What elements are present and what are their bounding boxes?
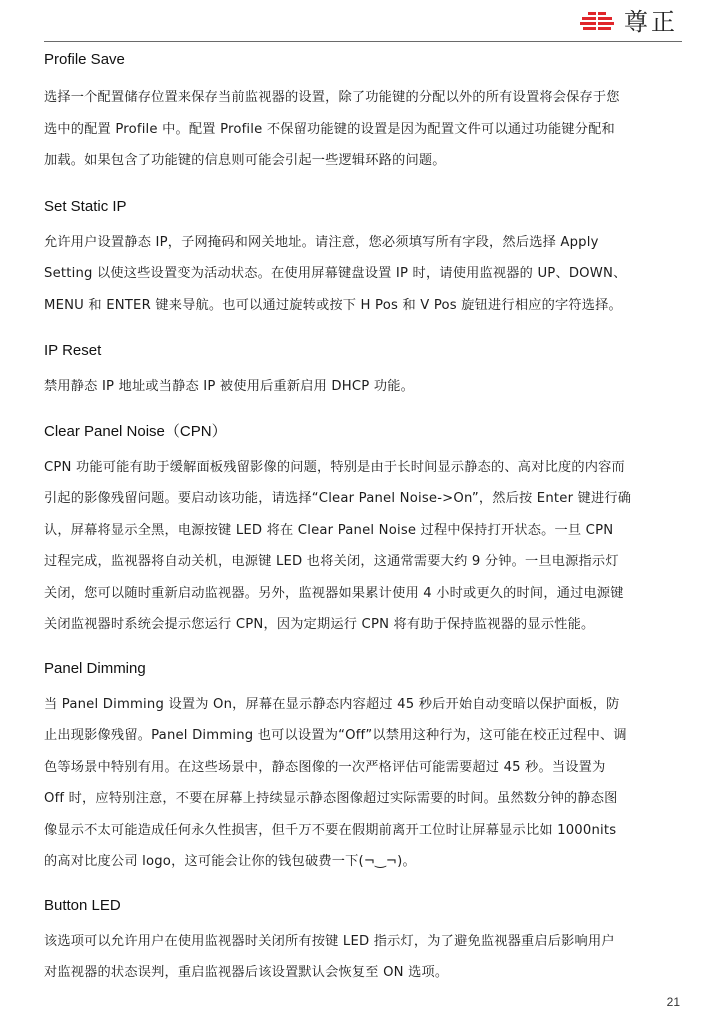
page-header: 尊正 [44,0,682,42]
section-title: Clear Panel Noise（CPN） [44,420,684,444]
paragraph-line: 引起的影像残留问题。要启动该功能，请选择“Clear Panel Noise->… [44,483,684,515]
paragraph-line: 像显示不太可能造成任何永久性损害，但千万不要在假期前离开工位时让屏幕显示比如 1… [44,815,684,847]
paragraph-line: 色等场景中特别有用。在这些场景中，静态图像的一次严格评估可能需要超过 45 秒。… [44,752,684,784]
paragraph-line: CPN 功能可能有助于缓解面板残留影像的问题，特别是由于长时间显示静态的、高对比… [44,452,684,484]
section-set-static-ip: Set Static IP 允许用户设置静态 IP，子网掩码和网关地址。请注意，… [44,195,684,322]
paragraph-line: 允许用户设置静态 IP，子网掩码和网关地址。请注意，您必须填写所有字段，然后选择… [44,227,684,259]
paragraph-line: 过程完成，监视器将自动关机，电源键 LED 也将关闭，这通常需要大约 9 分钟。… [44,546,684,578]
paragraph-line: 认，屏幕将显示全黑，电源按键 LED 将在 Clear Panel Noise … [44,515,684,547]
paragraph-line: 当 Panel Dimming 设置为 On，屏幕在显示静态内容超过 45 秒后… [44,689,684,721]
paragraph-line: 加载。如果包含了功能键的信息则可能会引起一些逻辑环路的问题。 [44,145,684,177]
paragraph-line: 选择一个配置储存位置来保存当前监视器的设置，除了功能键的分配以外的所有设置将会保… [44,82,684,114]
paragraph-line: 该选项可以允许用户在使用监视器时关闭所有按键 LED 指示灯，为了避免监视器重启… [44,926,684,958]
section-paragraph: CPN 功能可能有助于缓解面板残留影像的问题，特别是由于长时间显示静态的、高对比… [44,452,684,641]
paragraph-line: 禁用静态 IP 地址或当静态 IP 被使用后重新启用 DHCP 功能。 [44,371,684,403]
section-title: Button LED [44,894,684,918]
section-title: Set Static IP [44,195,684,219]
brand-logo-icon [580,11,614,33]
section-paragraph: 禁用静态 IP 地址或当静态 IP 被使用后重新启用 DHCP 功能。 [44,371,684,403]
document-body: Profile Save 选择一个配置储存位置来保存当前监视器的设置，除了功能键… [44,48,684,989]
paragraph-line: MENU 和 ENTER 键来导航。也可以通过旋转或按下 H Pos 和 V P… [44,290,684,322]
paragraph-line: Off 时，应特别注意，不要在屏幕上持续显示静态图像超过实际需要的时间。虽然数分… [44,783,684,815]
section-panel-dimming: Panel Dimming 当 Panel Dimming 设置为 On，屏幕在… [44,657,684,878]
section-title: Panel Dimming [44,657,684,681]
page-number: 21 [667,995,680,1009]
section-clear-panel-noise: Clear Panel Noise（CPN） CPN 功能可能有助于缓解面板残留… [44,420,684,641]
paragraph-line: 关闭，您可以随时重新启动监视器。另外，监视器如果累计使用 4 小时或更久的时间，… [44,578,684,610]
brand-logo: 尊正 [580,8,678,36]
section-paragraph: 该选项可以允许用户在使用监视器时关闭所有按键 LED 指示灯，为了避免监视器重启… [44,926,684,989]
paragraph-line: 的高对比度公司 logo，这可能会让你的钱包破费一下(¬‿¬)。 [44,846,684,878]
section-paragraph: 当 Panel Dimming 设置为 On，屏幕在显示静态内容超过 45 秒后… [44,689,684,878]
section-paragraph: 允许用户设置静态 IP，子网掩码和网关地址。请注意，您必须填写所有字段，然后选择… [44,227,684,322]
section-title: IP Reset [44,339,684,363]
section-profile-save: Profile Save 选择一个配置储存位置来保存当前监视器的设置，除了功能键… [44,48,684,177]
paragraph-line: 对监视器的状态误判，重启监视器后该设置默认会恢复至 ON 选项。 [44,957,684,989]
paragraph-line: 选中的配置 Profile 中。配置 Profile 不保留功能键的设置是因为配… [44,114,684,146]
paragraph-line: 关闭监视器时系统会提示您运行 CPN，因为定期运行 CPN 将有助于保持监视器的… [44,609,684,641]
section-title: Profile Save [44,48,684,72]
paragraph-line: 止出现影像残留。Panel Dimming 也可以设置为“Off”以禁用这种行为… [44,720,684,752]
section-paragraph: 选择一个配置储存位置来保存当前监视器的设置，除了功能键的分配以外的所有设置将会保… [44,82,684,177]
paragraph-line: Setting 以使这些设置变为活动状态。在使用屏幕键盘设置 IP 时，请使用监… [44,258,684,290]
section-ip-reset: IP Reset 禁用静态 IP 地址或当静态 IP 被使用后重新启用 DHCP… [44,339,684,403]
section-button-led: Button LED 该选项可以允许用户在使用监视器时关闭所有按键 LED 指示… [44,894,684,989]
brand-logo-text: 尊正 [624,8,678,36]
